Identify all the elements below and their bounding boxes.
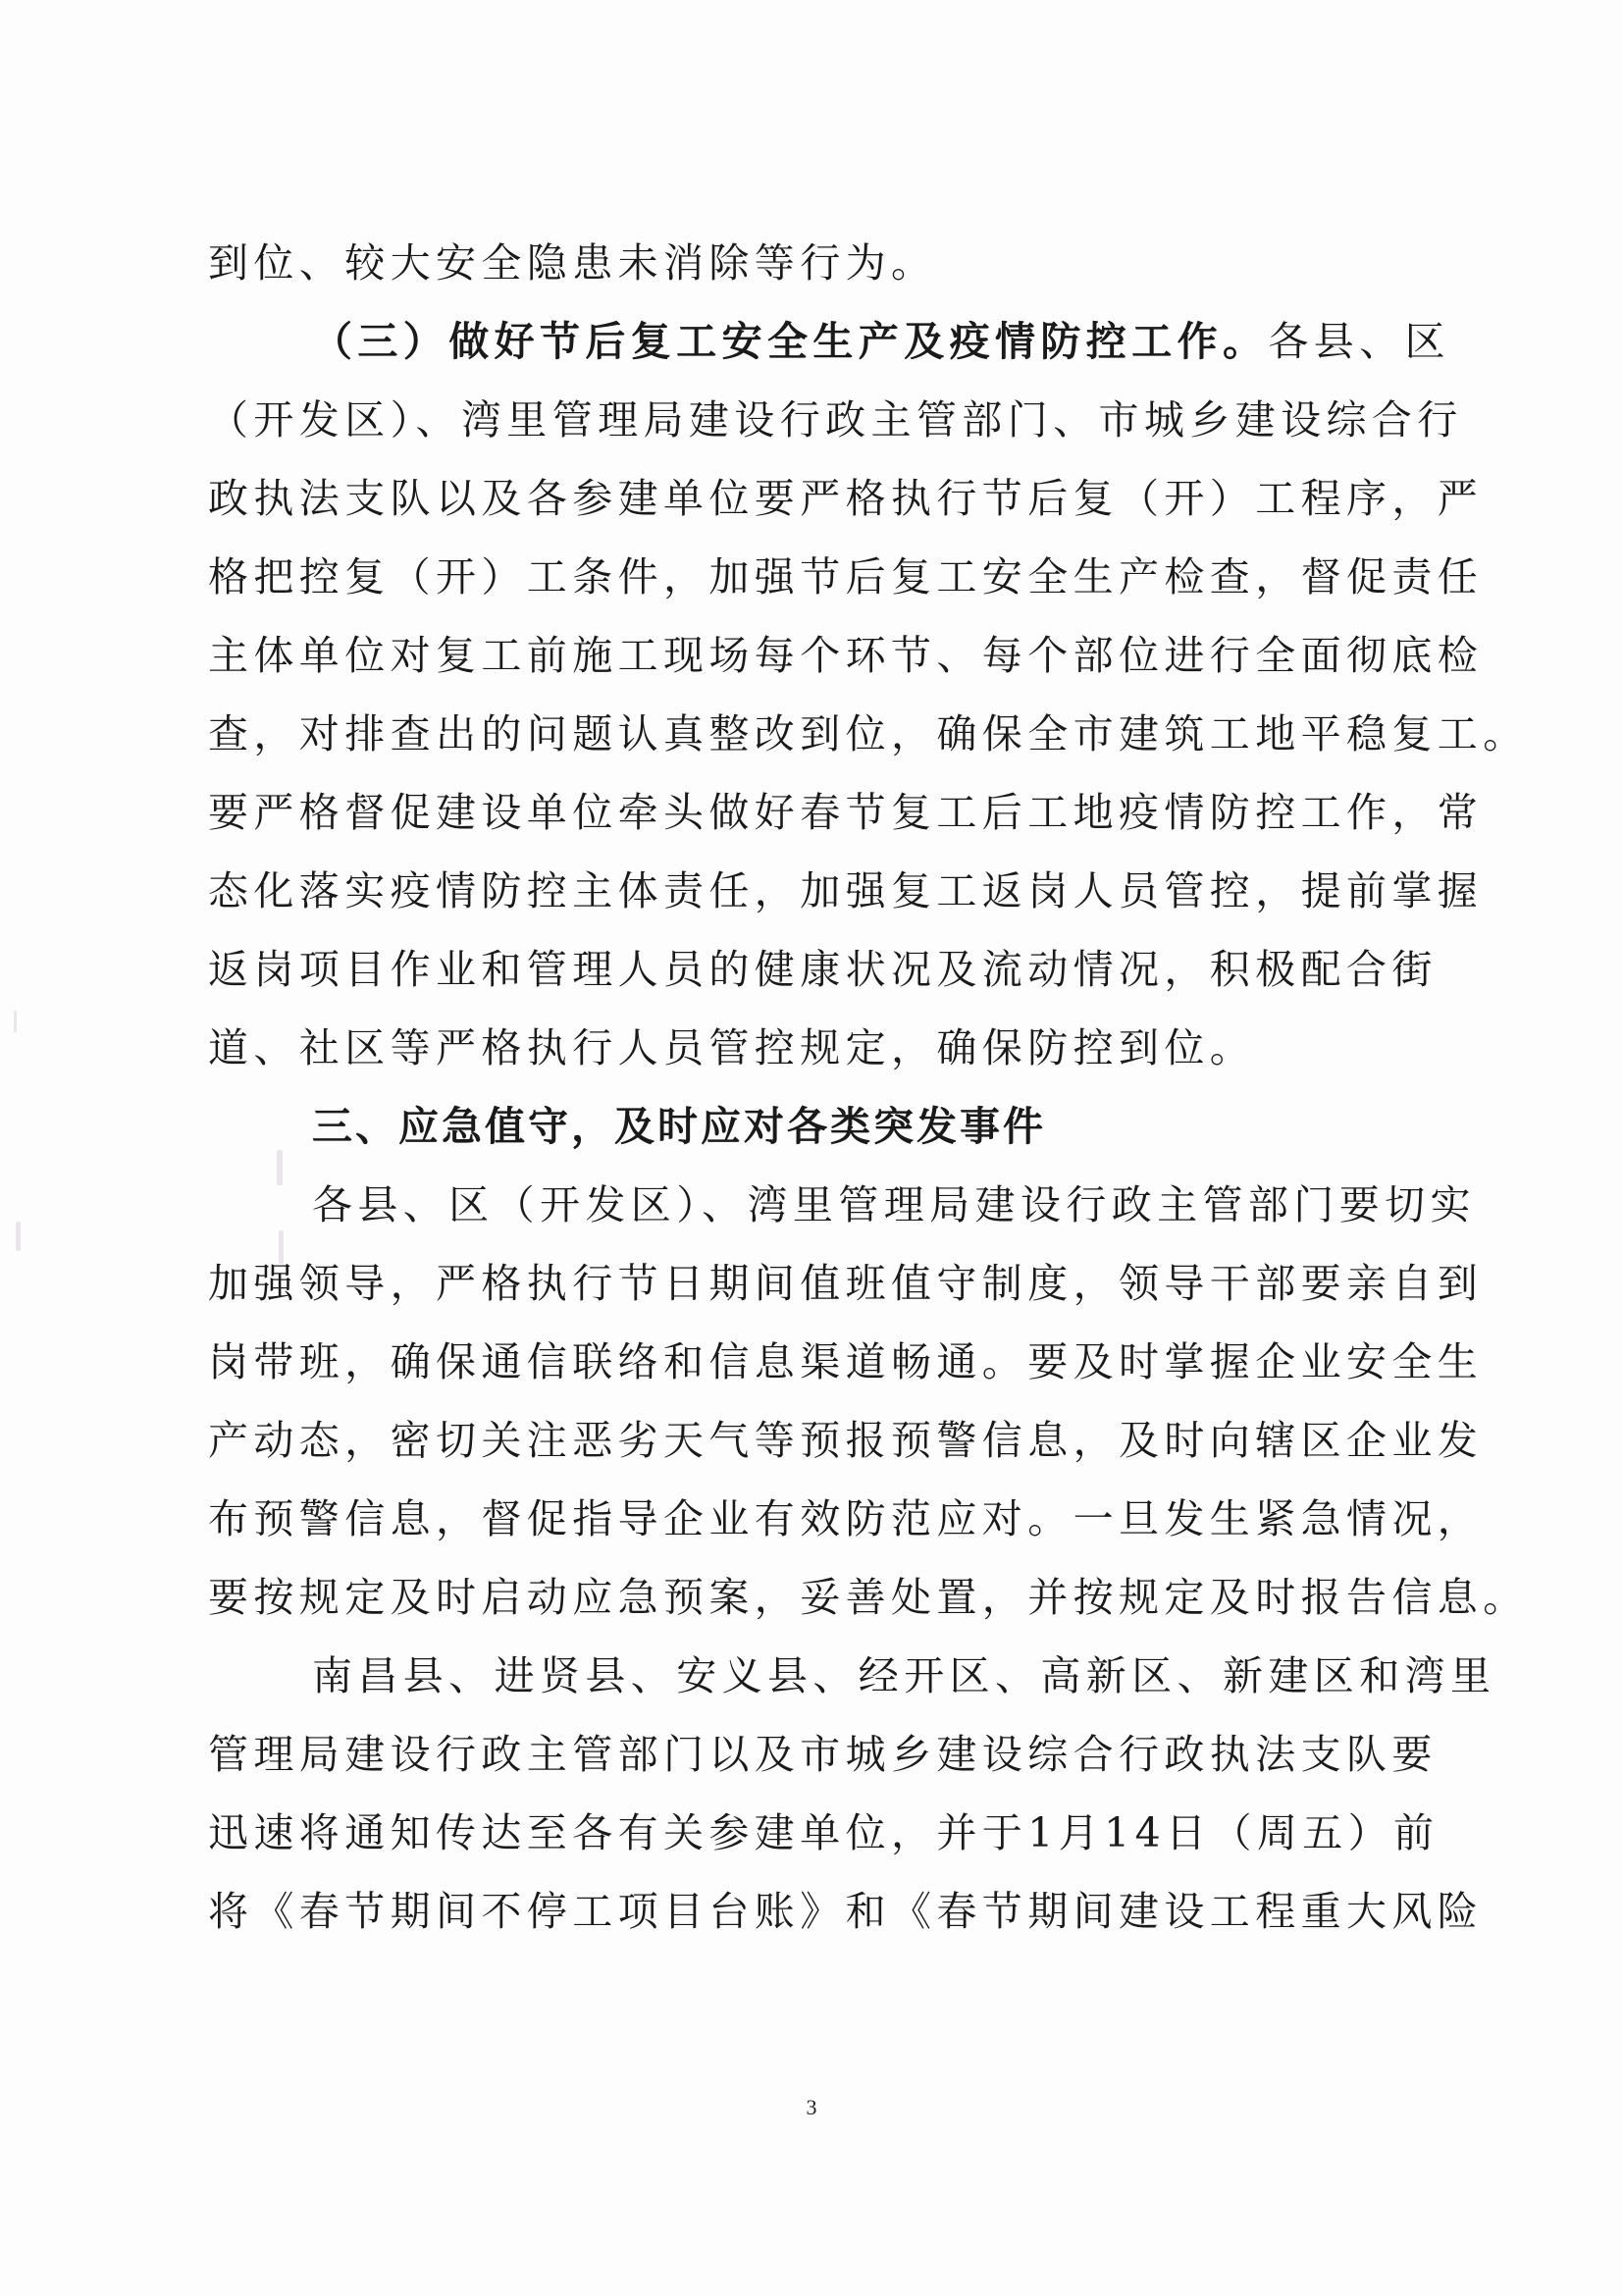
text-line: 各县、区（开发区）、湾里管理局建设行政主管部门要切实 bbox=[208, 1166, 1429, 1244]
text-line: 返岗项目作业和管理人员的健康状况及流动情况，积极配合街 bbox=[208, 930, 1429, 1009]
scan-artifact bbox=[16, 1222, 21, 1251]
text-line: 加强领导，严格执行节日期间值班值守制度，领导干部要亲自到 bbox=[208, 1244, 1429, 1323]
text-line: 政执法支队以及各参建单位要严格执行节后复（开）工程序，严 bbox=[208, 459, 1429, 538]
text-line: 态化落实疫情防控主体责任，加强复工返岗人员管控，提前掌握 bbox=[208, 852, 1429, 930]
text-line: 岗带班，确保通信联络和信息渠道畅通。要及时掌握企业安全生 bbox=[208, 1323, 1429, 1401]
text-fragment: 各县、区 bbox=[1268, 318, 1450, 365]
text-line: 格把控复（开）工条件，加强节后复工安全生产检查，督促责任 bbox=[208, 538, 1429, 616]
text-line: 道、社区等严格执行人员管控规定，确保防控到位。 bbox=[208, 1009, 1429, 1087]
subsection-heading-line: （三）做好节后复工安全生产及疫情防控工作。各县、区 bbox=[208, 302, 1429, 381]
text-line: 迅速将通知传达至各有关参建单位，并于1月14日（周五）前 bbox=[208, 1794, 1429, 1872]
text-line: 南昌县、进贤县、安义县、经开区、高新区、新建区和湾里 bbox=[208, 1637, 1429, 1715]
text-line: 到位、较大安全隐患未消除等行为。 bbox=[208, 224, 1429, 302]
text-line: 要按规定及时启动应急预案，妥善处置，并按规定及时报告信息。 bbox=[208, 1558, 1429, 1637]
text-line: 管理局建设行政主管部门以及市城乡建设综合行政执法支队要 bbox=[208, 1715, 1429, 1794]
body-text: 到位、较大安全隐患未消除等行为。 （三）做好节后复工安全生产及疫情防控工作。各县… bbox=[208, 224, 1429, 1951]
subsection-title: （三）做好节后复工安全生产及疫情防控工作。 bbox=[312, 318, 1268, 365]
text-line: 产动态，密切关注恶劣天气等预报预警信息，及时向辖区企业发 bbox=[208, 1401, 1429, 1480]
document-page: 到位、较大安全隐患未消除等行为。 （三）做好节后复工安全生产及疫情防控工作。各县… bbox=[0, 0, 1623, 2296]
text-line: （开发区）、湾里管理局建设行政主管部门、市城乡建设综合行 bbox=[208, 381, 1429, 459]
text-line: 查，对排查出的问题认真整改到位，确保全市建筑工地平稳复工。 bbox=[208, 695, 1429, 773]
text-line: 主体单位对复工前施工现场每个环节、每个部位进行全面彻底检 bbox=[208, 616, 1429, 695]
text-line: 将《春节期间不停工项目台账》和《春节期间建设工程重大风险 bbox=[208, 1872, 1429, 1951]
section-heading: 三、应急值守，及时应对各类突发事件 bbox=[208, 1087, 1429, 1166]
scan-artifact bbox=[14, 1011, 17, 1032]
text-line: 要严格督促建设单位牵头做好春节复工后工地疫情防控工作，常 bbox=[208, 773, 1429, 852]
page-number: 3 bbox=[0, 2095, 1623, 2120]
text-line: 布预警信息，督促指导企业有效防范应对。一旦发生紧急情况， bbox=[208, 1480, 1429, 1558]
